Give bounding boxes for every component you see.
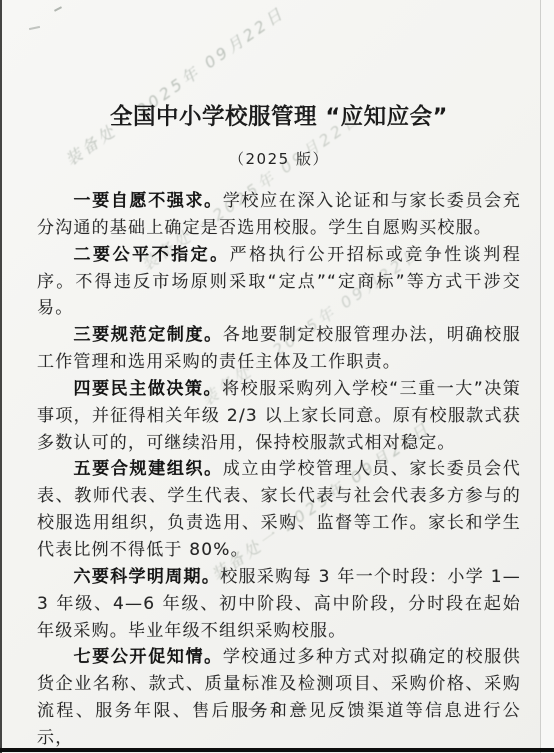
paragraph-5-lead: 五要合规建组织。 — [74, 459, 223, 479]
paragraph-2-lead: 二要公平不指定。 — [74, 245, 230, 265]
paragraph-7-lead: 七要公开促知情。 — [74, 647, 223, 667]
paragraph-6: 六要科学明周期。校服采购每 3 年一个时段：小学 1—3 年级、4—6 年级、初… — [37, 564, 521, 645]
paragraph-3: 三要规范定制度。各地要制定校服管理办法，明确校服工作管理和选用采购的责任主体及工… — [37, 322, 521, 376]
page-edge-right — [540, 0, 541, 753]
paragraph-5: 五要合规建组织。成立由学校管理人员、家长委员会代表、教师代表、学生代表、家长代表… — [37, 456, 521, 563]
scanned-document-page: 装备处一 2025年 09月22日 装备处一 2025年 09月22日 装备处一… — [0, 0, 554, 753]
document-title: 全国中小学校服管理 “应知应会” — [37, 99, 521, 131]
page-edge-right-strip — [541, 0, 554, 753]
paragraph-1: 一要自愿不强求。学校应在深入论证和与家长委员会充分沟通的基础上确定是否选用校服。… — [37, 188, 521, 242]
paragraph-7: 七要公开促知情。学校通过多种方式对拟确定的校服供货企业名称、款式、质量标准及检测… — [37, 644, 521, 751]
paragraph-1-lead: 一要自愿不强求。 — [74, 191, 223, 211]
paragraph-2: 二要公平不指定。严格执行公开招标或竞争性谈判程序。不得违反市场原则采取“定点”“… — [37, 242, 521, 323]
scan-speck — [54, 6, 62, 12]
page-edge-left — [0, 0, 2, 753]
document-version: （2025 版） — [37, 148, 521, 169]
paragraph-3-lead: 三要规范定制度。 — [74, 325, 223, 345]
document-body: 一要自愿不强求。学校应在深入论证和与家长委员会充分沟通的基础上确定是否选用校服。… — [37, 188, 521, 752]
page-number: — 3 — — [37, 701, 521, 717]
paragraph-4: 四要民主做决策。将校服采购列入学校“三重一大”决策事项，并征得相关年级 2/3 … — [37, 376, 521, 457]
paragraph-4-lead: 四要民主做决策。 — [74, 379, 223, 399]
paragraph-6-lead: 六要科学明周期。 — [74, 567, 221, 587]
watermark-stamp: 装备处一 2025年 09月22日 — [60, 1, 289, 171]
scan-speck — [29, 26, 40, 30]
